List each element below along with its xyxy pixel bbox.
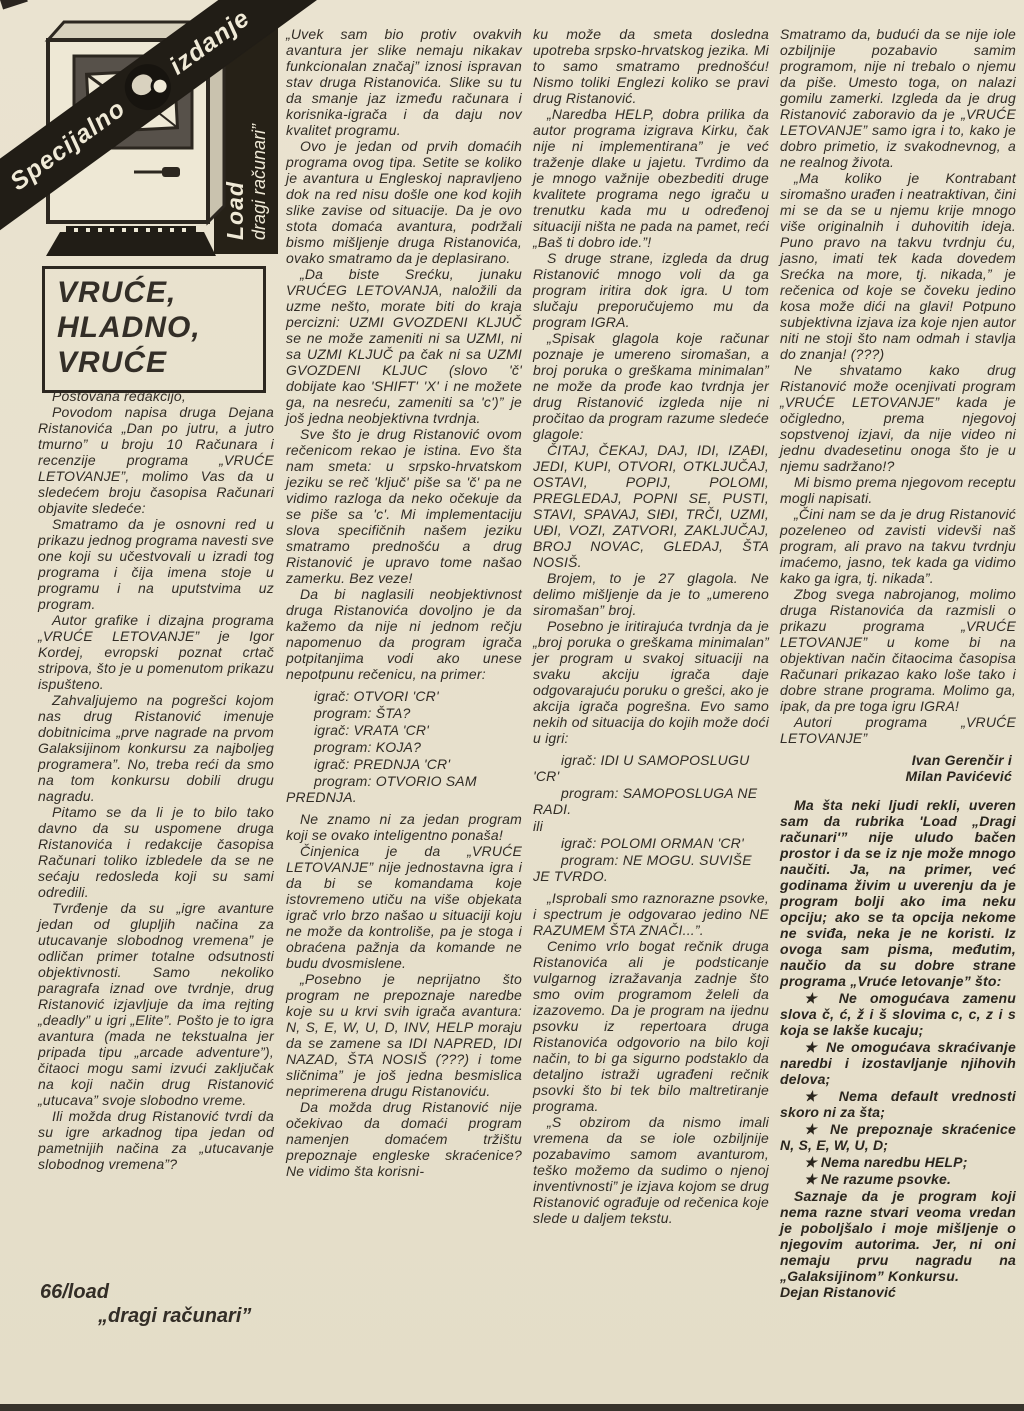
paragraph: „Isprobali smo raznorazne psovke, i spec… [533, 890, 769, 938]
paragraph: program: ŠTA? [286, 705, 522, 721]
scan-edge [0, 1404, 1024, 1411]
paragraph: Činjenica je da „VRUĆE LETOVANJE” nije j… [286, 843, 522, 971]
paragraph: ili [533, 818, 769, 834]
side-label-dragi: dragi računari” [248, 26, 270, 240]
paragraph: Da bi naglasili neobjektivnost druga Ris… [286, 586, 522, 682]
paragraph: Ili možda drug Ristanović tvrdi da su ig… [38, 1108, 274, 1172]
paragraph: igrač: PREDNJA 'CR' [286, 756, 522, 772]
paragraph: „Uvek sam bio protiv ovakvih avantura je… [286, 26, 522, 138]
paragraph: Brojem, to je 27 glagola. Ne delimo mišl… [533, 570, 769, 618]
footer-page-number: 66/load [40, 1280, 280, 1304]
paragraph: program: NE MOGU. SUVIŠE JE TVRDO. [533, 852, 769, 884]
header-illustration: Load dragi računari” [36, 6, 278, 258]
paragraph: Smatramo da je osnovni red u prikazu jed… [38, 516, 274, 612]
paragraph: program: SAMOPOSLUGA NE RADI. [533, 785, 769, 817]
paragraph: igrač: POLOMI ORMAN 'CR' [533, 835, 769, 851]
paragraph: Mi bismo prema njegovom receptu mogli na… [780, 474, 1016, 506]
paragraph: igrač: IDI U SAMOPOSLUGU 'CR' [533, 752, 769, 784]
title-line-1: VRUĆE, [57, 275, 257, 310]
magazine-page: Load dragi računari” [0, 0, 1024, 1411]
paragraph: „Posebno je neprijatno što program ne pr… [286, 971, 522, 1099]
paragraph: Ne shvatamo kako drug Ristanović može oc… [780, 362, 1016, 474]
paragraph: ★ Ne omogućava skraćivanje naredbi i izo… [780, 1039, 1016, 1087]
paragraph: Zbog svega nabrojanog, molimo druga Rist… [780, 586, 1016, 714]
paragraph: ★ Ne omogućava zamenu slova č, ć, ž i š … [780, 990, 1016, 1038]
paragraph: S druge strane, izgleda da drug Ristanov… [533, 250, 769, 330]
paragraph: ★ Ne prepoznaje skraćenice N, S, E, W, U… [780, 1121, 1016, 1153]
footer-rubric-name: „dragi računari” [40, 1304, 280, 1328]
paragraph: ku može da smeta dosledna upotreba srpsk… [533, 26, 769, 106]
paragraph: Autori programa „VRUĆE LETOVANJE” [780, 714, 1016, 746]
paragraph: program: OTVORIO SAM PREDNJA. [286, 773, 522, 805]
paragraph: Sve što je drug Ristanović ovom rečenico… [286, 426, 522, 586]
paragraph: „Spisak glagola koje računar poznaje je … [533, 330, 769, 442]
paragraph: „S obzirom da nismo imali vremena da se … [533, 1114, 769, 1226]
title-line-3: VRUĆE [57, 345, 257, 380]
title-line-2: HLADNO, [57, 310, 257, 345]
paragraph: Cenimo vrlo bogat rečnik druga Ristanovi… [533, 938, 769, 1114]
paragraph: program: KOJA? [286, 739, 522, 755]
corner-mark [0, 0, 28, 10]
paragraph: Smatramo da, budući da se nije iole ozbi… [780, 26, 1016, 170]
text-column-1: Poštovana redakcijo,Povodom napisa druga… [38, 388, 274, 1172]
paragraph: ČITAJ, ČEKAJ, DAJ, IDI, IZAĐI, JEDI, KUP… [533, 442, 769, 570]
paragraph: ★ Nema default vrednosti skoro ni za šta… [780, 1088, 1016, 1120]
paragraph: Zahvaljujemo na pogrešci kojom nas drug … [38, 692, 274, 804]
paragraph: „Da biste Srećku, junaku VRUĆEG LETOVANJ… [286, 266, 522, 426]
paragraph: Ovo je jedan od prvih domaćih programa o… [286, 138, 522, 266]
paragraph: „Ma koliko je Kontrabant siromašno urađe… [780, 170, 1016, 362]
paragraph: Posebno je iritirajuća tvrdnja da je „br… [533, 618, 769, 746]
paragraph: Poštovana redakcijo, [38, 388, 274, 404]
paragraph: Pitamo se da li je to bilo tako davno da… [38, 804, 274, 900]
paragraph: Saznaje da je program koji nema razne st… [780, 1188, 1016, 1284]
paragraph: igrač: OTVORI 'CR' [286, 688, 522, 704]
paragraph: Ivan Gerenčir i [780, 752, 1016, 768]
paragraph: Ma šta neki ljudi rekli, uveren sam da r… [780, 797, 1016, 989]
paragraph: Dejan Ristanović [780, 1284, 1016, 1300]
text-column-3: ku može da smeta dosledna upotreba srpsk… [533, 26, 769, 1226]
paragraph: Ne znamo ni za jedan program koji se ova… [286, 811, 522, 843]
paragraph: „Čini nam se da je drug Ristanović pozel… [780, 506, 1016, 586]
paragraph: Autor grafike i dizajna programa „VRUĆE … [38, 612, 274, 692]
paragraph: Da možda drug Ristanović nije očekivao d… [286, 1099, 522, 1179]
keyboard-icon [46, 226, 216, 256]
text-column-4: Smatramo da, budući da se nije iole ozbi… [780, 26, 1016, 1300]
paragraph: igrač: VRATA 'CR' [286, 722, 522, 738]
paragraph: Tvrđenje da su „igre avanture jedan od g… [38, 900, 274, 1108]
paragraph: ★ Nema naredbu HELP; [780, 1154, 1016, 1170]
page-footer: 66/load „dragi računari” [40, 1280, 280, 1328]
article-title: VRUĆE, HLADNO, VRUĆE [42, 266, 266, 393]
paragraph: „Naredba HELP, dobra prilika da autor pr… [533, 106, 769, 250]
paragraph: Milan Pavićević [780, 768, 1016, 784]
text-column-2: „Uvek sam bio protiv ovakvih avantura je… [286, 26, 522, 1179]
paragraph: Povodom napisa druga Dejana Ristanovića … [38, 404, 274, 516]
paragraph: ★ Ne razume psovke. [780, 1171, 1016, 1187]
